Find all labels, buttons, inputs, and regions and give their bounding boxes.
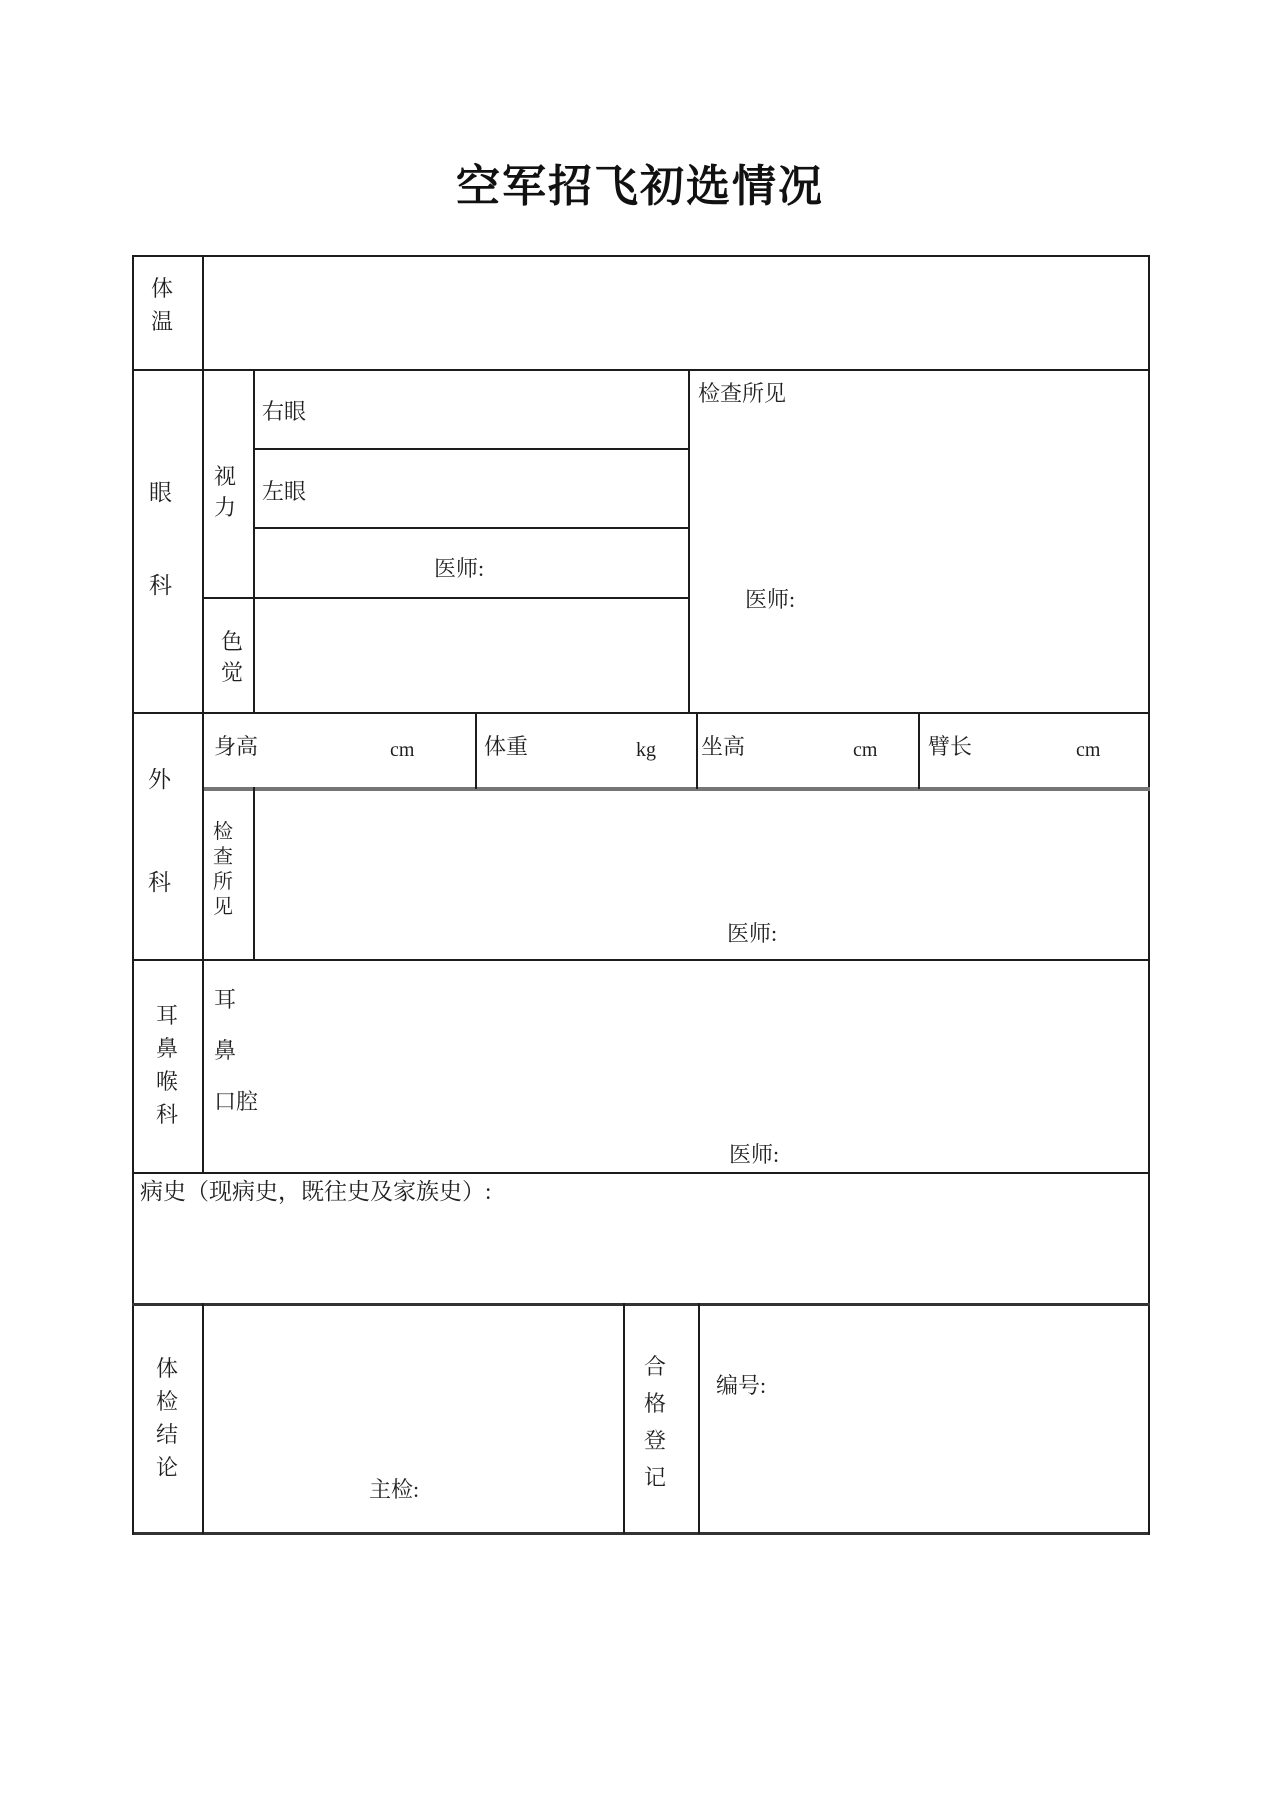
divider-lefteye-physician — [253, 527, 690, 529]
surgery-section-label: 外科 — [148, 728, 174, 934]
temperature-value-cell — [204, 257, 1148, 369]
surgery-physician-label: 医师: — [727, 920, 777, 948]
table-border-left — [132, 255, 134, 1535]
eye-section-label: 眼科 — [149, 446, 175, 632]
conclusion-section-label: 体检结论 — [156, 1352, 182, 1484]
form-page: 空军招飞初选情况 体温 眼科 视力 右眼 左眼 医师: 色觉 检查所见 医师: … — [0, 0, 1280, 1810]
sitting-height-label: 坐高 — [701, 733, 745, 761]
right-eye-label: 右眼 — [262, 398, 306, 426]
height-label: 身高 — [214, 733, 258, 761]
weight-unit: kg — [636, 738, 656, 763]
registration-number-value-cell — [700, 1306, 1146, 1532]
left-eye-value-cell — [310, 450, 688, 527]
ent-nose-label: 鼻 — [214, 1037, 236, 1065]
right-eye-value-cell — [310, 371, 688, 448]
surgery-findings-value-cell — [255, 789, 1148, 959]
divider-eye-findings-column — [688, 369, 690, 714]
divider-sitting-armspan — [918, 712, 920, 789]
color-vision-label: 色觉 — [221, 626, 247, 688]
chief-examiner-label: 主检: — [369, 1476, 419, 1504]
ent-section-label: 耳鼻喉科 — [156, 999, 182, 1131]
color-vision-value-cell — [255, 599, 688, 712]
divider-eye-surgery — [132, 712, 1150, 714]
label-column-divider-upper — [202, 255, 204, 1173]
surgery-findings-label: 检查所见 — [213, 820, 237, 920]
table-border-right — [1148, 255, 1150, 1535]
weight-label: 体重 — [484, 733, 528, 761]
left-eye-label: 左眼 — [262, 478, 306, 506]
temperature-label: 体温 — [151, 272, 177, 338]
eye-findings-physician-label: 医师: — [745, 586, 795, 614]
ent-mouth-label: 口腔 — [214, 1088, 258, 1116]
height-unit: cm — [390, 738, 414, 763]
divider-surgery-ent — [132, 959, 1150, 961]
ent-physician-label: 医师: — [729, 1141, 779, 1169]
divider-height-weight — [475, 712, 477, 789]
arm-span-unit: cm — [1076, 738, 1100, 763]
sitting-height-unit: cm — [853, 738, 877, 763]
divider-weight-sitting — [696, 712, 698, 789]
arm-span-label: 臂长 — [928, 733, 972, 761]
page-title: 空军招飞初选情况 — [120, 150, 1160, 214]
ent-ear-label: 耳 — [214, 986, 236, 1014]
divider-ent-history — [132, 1172, 1150, 1174]
medical-history-label: 病史（现病史，既往史及家族史）: — [140, 1178, 491, 1207]
eye-findings-label: 检查所见 — [698, 380, 786, 408]
table-border-bottom — [132, 1532, 1150, 1535]
pass-register-label: 合格登记 — [644, 1348, 670, 1496]
pass-register-left-divider — [623, 1303, 625, 1534]
vision-label: 视力 — [214, 461, 240, 523]
medical-history-value-cell — [134, 1210, 1148, 1302]
vision-physician-label: 医师: — [434, 555, 484, 583]
